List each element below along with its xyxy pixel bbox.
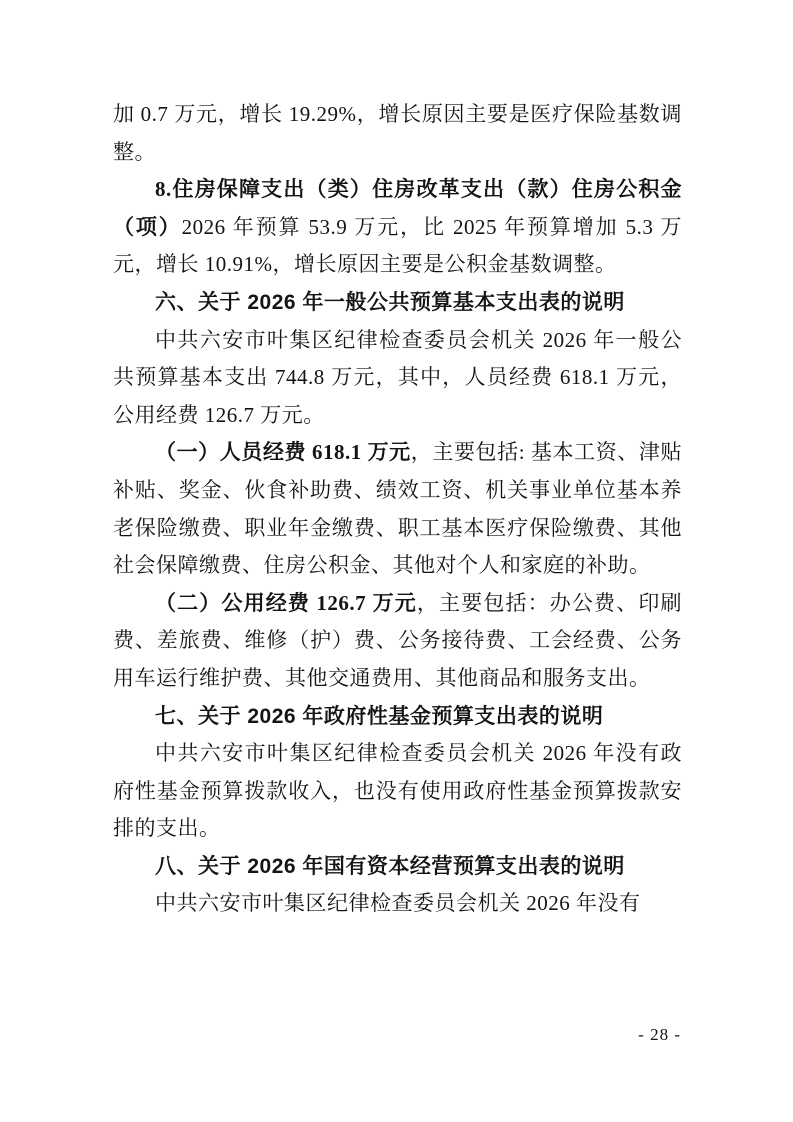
document-body: 加 0.7 万元，增长 19.29%，增长原因主要是医疗保险基数调整。 8.住房… [113,96,682,923]
paragraph-section8-body: 中共六安市叶集区纪律检查委员会机关 2026 年没有 [113,885,682,923]
paragraph-personnel-expense: （一）人员经费 618.1 万元，主要包括: 基本工资、津贴补贴、奖金、伙食补助… [113,434,682,584]
heading-section-8: 八、关于 2026 年国有资本经营预算支出表的说明 [113,848,682,886]
personnel-expense-lead-text: （一）人员经费 618.1 万元 [155,440,411,464]
paragraph-section6-intro: 中共六安市叶集区纪律检查委员会机关 2026 年一般公共预算基本支出 744.8… [113,322,682,435]
paragraph-section7-body: 中共六安市叶集区纪律检查委员会机关 2026 年没有政府性基金预算拨款收入，也没… [113,735,682,848]
paragraph-public-expense: （二）公用经费 126.7 万元，主要包括：办公费、印刷费、差旅费、维修（护）费… [113,585,682,698]
page-number: - 28 - [638,1024,681,1046]
public-expense-lead-text: （二）公用经费 126.7 万元 [155,591,417,615]
heading-section-7: 七、关于 2026 年政府性基金预算支出表的说明 [113,698,682,736]
document-page: 加 0.7 万元，增长 19.29%，增长原因主要是医疗保险基数调整。 8.住房… [0,0,793,1122]
paragraph-item8: 8.住房保障支出（类）住房改革支出（款）住房公积金（项）2026 年预算 53.… [113,171,682,284]
heading-section-6: 六、关于 2026 年一般公共预算基本支出表的说明 [113,284,682,322]
item8-body-text: 2026 年预算 53.9 万元，比 2025 年预算增加 5.3 万元，增长 … [113,215,682,277]
paragraph-continuation: 加 0.7 万元，增长 19.29%，增长原因主要是医疗保险基数调整。 [113,96,682,171]
